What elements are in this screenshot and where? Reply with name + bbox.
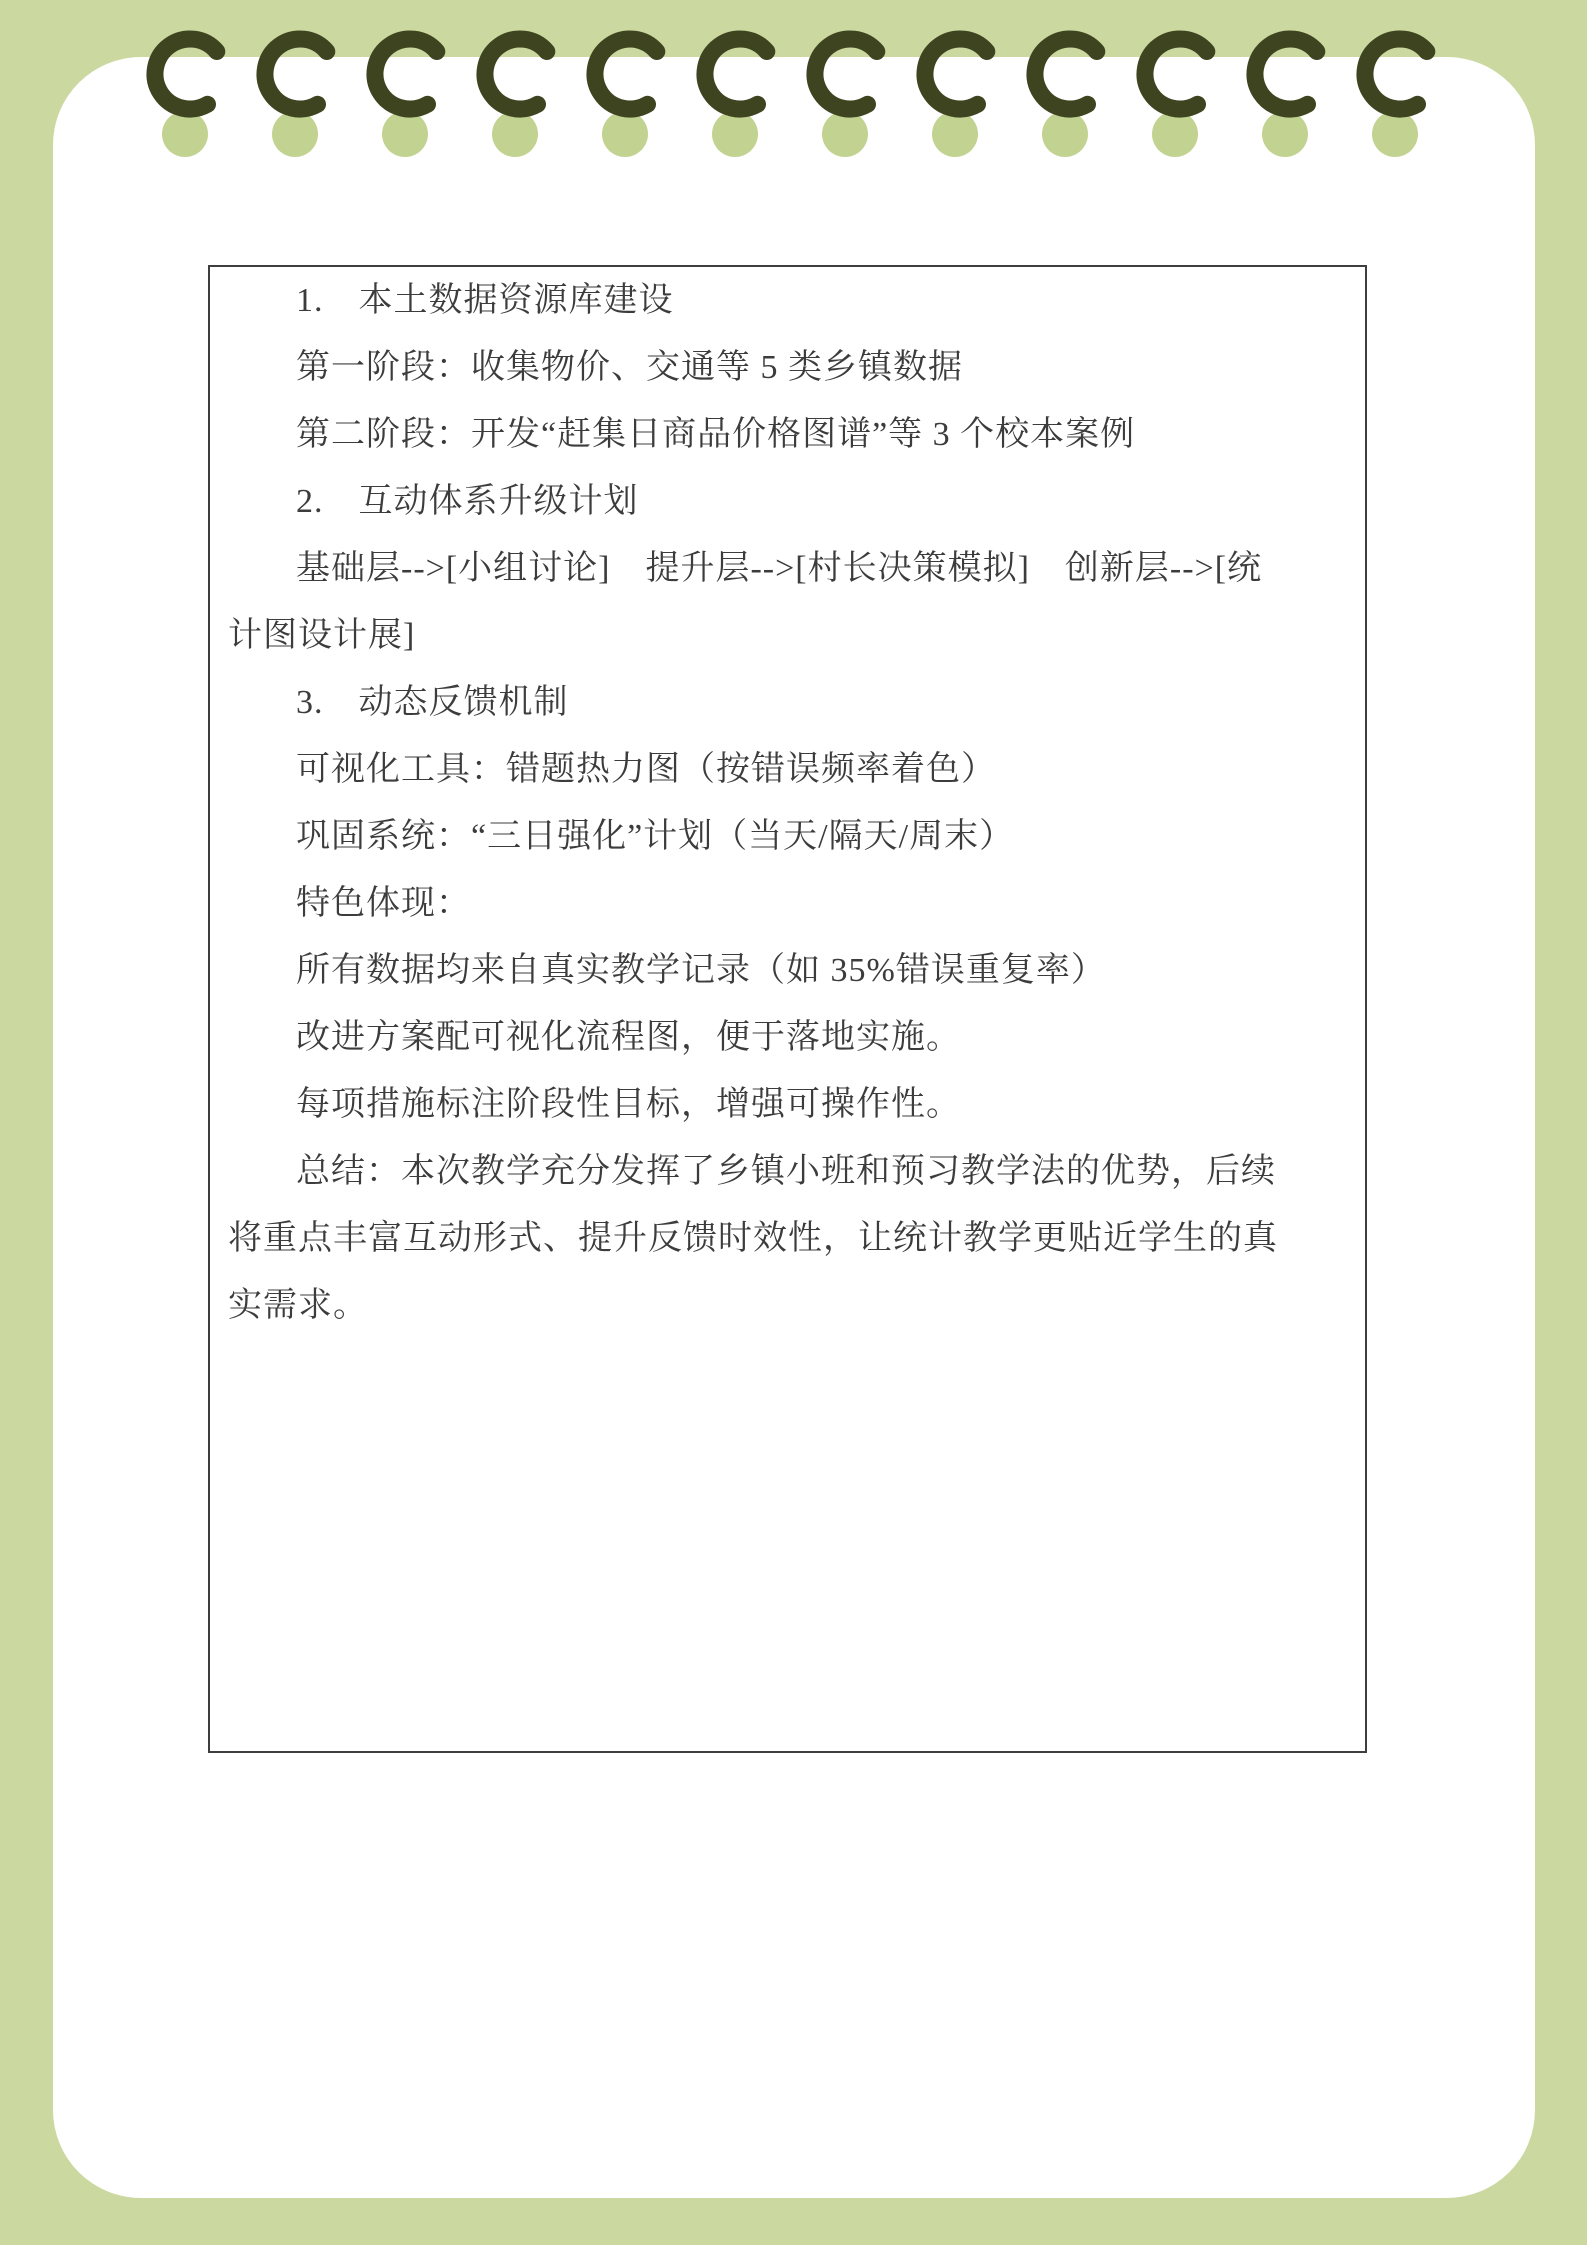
text-line: 将重点丰富互动形式、提升反馈时效性，让统计教学更贴近学生的真 (228, 1205, 1347, 1272)
text-line: 改进方案配可视化流程图，便于落地实施。 (228, 1004, 1347, 1071)
binder-hole-icon (382, 111, 428, 157)
binder-hole-icon (1262, 111, 1308, 157)
binder-ring-icon (925, 39, 987, 109)
text-line: 第一阶段：收集物价、交通等 5 类乡镇数据 (228, 334, 1347, 401)
binder-ring-icon (265, 39, 327, 109)
content-box: 1. 本土数据资源库建设第一阶段：收集物价、交通等 5 类乡镇数据第二阶段：开发… (208, 265, 1367, 1753)
text-line: 总结：本次教学充分发挥了乡镇小班和预习教学法的优势，后续 (228, 1138, 1347, 1205)
binder-hole-icon (272, 111, 318, 157)
text-line: 实需求。 (228, 1272, 1347, 1339)
text-line: 可视化工具：错题热力图（按错误频率着色） (228, 736, 1347, 803)
binder-ring-icon (375, 39, 437, 109)
text-line: 2. 互动体系升级计划 (228, 468, 1347, 535)
binder-ring-icon (155, 39, 217, 109)
notebook-page: 1. 本土数据资源库建设第一阶段：收集物价、交通等 5 类乡镇数据第二阶段：开发… (0, 0, 1587, 2245)
text-line: 巩固系统：“三日强化”计划（当天/隔天/周末） (228, 803, 1347, 870)
binder-hole-icon (712, 111, 758, 157)
binder-ring-icon (1035, 39, 1097, 109)
text-line: 每项措施标注阶段性目标，增强可操作性。 (228, 1071, 1347, 1138)
binder-ring-icon (815, 39, 877, 109)
binder-hole-icon (1042, 111, 1088, 157)
binder-hole-icon (822, 111, 868, 157)
binder-hole-icon (1152, 111, 1198, 157)
binder-ring-icon (1145, 39, 1207, 109)
binder-ring-icon (1255, 39, 1317, 109)
text-line: 3. 动态反馈机制 (228, 669, 1347, 736)
binder-hole-icon (492, 111, 538, 157)
text-line: 计图设计展] (228, 602, 1347, 669)
text-line: 特色体现： (228, 870, 1347, 937)
text-line: 所有数据均来自真实教学记录（如 35%错误重复率） (228, 937, 1347, 1004)
spiral-binding (0, 0, 1587, 200)
text-line: 第二阶段：开发“赶集日商品价格图谱”等 3 个校本案例 (228, 401, 1347, 468)
binder-hole-icon (602, 111, 648, 157)
binder-hole-icon (162, 111, 208, 157)
text-line: 基础层-->[小组讨论] 提升层-->[村长决策模拟] 创新层-->[统 (228, 535, 1347, 602)
binder-ring-icon (705, 39, 767, 109)
binder-ring-icon (485, 39, 547, 109)
binder-hole-icon (932, 111, 978, 157)
binder-ring-icon (1365, 39, 1427, 109)
text-line: 1. 本土数据资源库建设 (228, 267, 1347, 334)
binder-ring-icon (595, 39, 657, 109)
binder-hole-icon (1372, 111, 1418, 157)
